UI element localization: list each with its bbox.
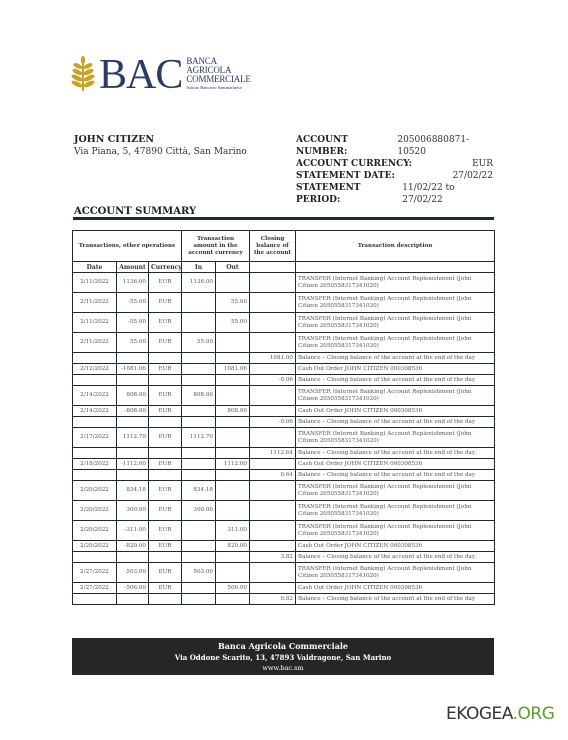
header-closing-balance: Closing balance of the account <box>250 231 296 262</box>
table-row: 2/20/2022300.00EUR300.00TRANSFER (Intern… <box>73 501 495 521</box>
cell-out: 820.00 <box>216 541 250 552</box>
cell-balance <box>250 333 296 353</box>
cell-out <box>216 448 250 459</box>
cell-date: 2/11/2022 <box>73 333 117 353</box>
cell-description: TRANSFER (Internet Banking) Account Repl… <box>296 386 495 406</box>
footer: Banca Agricola Commerciale Via Oddone Sc… <box>72 638 494 675</box>
cell-currency: EUR <box>149 459 182 470</box>
table-row: 2/18/2022-1112.00EUR1112.00Cash Out Orde… <box>73 459 495 470</box>
cell-balance: 0.64 <box>250 470 296 481</box>
cell-currency: EUR <box>149 273 182 293</box>
statement-date-row: STATEMENT DATE: 27/02/22 <box>296 170 493 182</box>
header-description: Transaction description <box>296 231 495 262</box>
cell-out <box>216 273 250 293</box>
cell-out <box>216 417 250 428</box>
cell-currency: EUR <box>149 293 182 313</box>
cell-balance: 1081.00 <box>250 353 296 364</box>
cell-in: 1136.00 <box>182 273 216 293</box>
cell-in: 55.00 <box>182 333 216 353</box>
cell-out <box>216 353 250 364</box>
cell-amount <box>117 448 149 459</box>
table-row: 2/14/2022808.00EUR808.00TRANSFER (Intern… <box>73 386 495 406</box>
cell-out: 1081.06 <box>216 364 250 375</box>
account-number-row: ACCOUNT NUMBER: 205006880871-10520 <box>296 134 493 158</box>
table-row: 2/17/20221112.70EUR1112.70TRANSFER (Inte… <box>73 428 495 448</box>
statement-period-label: STATEMENT PERIOD: <box>296 182 402 206</box>
cell-in <box>182 448 216 459</box>
table-row: 2/12/2022-1081.06EUR1081.06Cash Out Orde… <box>73 364 495 375</box>
statement-date-label: STATEMENT DATE: <box>296 170 395 182</box>
table-row: 2/20/2022-820.00EUR820.00Cash Out Order … <box>73 541 495 552</box>
cell-in: 808.00 <box>182 386 216 406</box>
section-divider <box>73 217 494 220</box>
cell-description: TRANSFER (Internet Banking) Account Repl… <box>296 273 495 293</box>
cell-description: TRANSFER (Internet Banking) Account Repl… <box>296 293 495 313</box>
cell-date: 2/11/2022 <box>73 273 117 293</box>
cell-description: TRANSFER (Internet Banking) Account Repl… <box>296 501 495 521</box>
cell-in: 834.18 <box>182 481 216 501</box>
col-in: In <box>182 262 216 273</box>
account-currency-value: EUR <box>472 158 493 170</box>
cell-in <box>182 470 216 481</box>
wheat-icon <box>70 56 96 92</box>
cell-currency: EUR <box>149 406 182 417</box>
footer-website: www.bac.sm <box>72 664 494 673</box>
table-row: 2/11/202255.00EUR55.00TRANSFER (Internet… <box>73 333 495 353</box>
cell-amount: -808.00 <box>117 406 149 417</box>
table-row: 2/20/2022834.18EUR834.18TRANSFER (Intern… <box>73 481 495 501</box>
cell-out: 55.00 <box>216 313 250 333</box>
cell-date: 2/20/2022 <box>73 481 117 501</box>
cell-date <box>73 552 117 563</box>
balance-row: 0.82Balance – Closing balance of the acc… <box>73 594 495 605</box>
cell-currency: EUR <box>149 583 182 594</box>
cell-currency: EUR <box>149 563 182 583</box>
cell-currency <box>149 470 182 481</box>
account-number-value: 205006880871-10520 <box>397 134 493 158</box>
cell-in: 503.00 <box>182 563 216 583</box>
cell-date: 2/18/2022 <box>73 459 117 470</box>
cell-balance <box>250 386 296 406</box>
cell-in <box>182 417 216 428</box>
watermark: EKOGEA.ORG <box>446 704 554 724</box>
balance-row: 0.64Balance – Closing balance of the acc… <box>73 470 495 481</box>
table-row: 2/11/20221136.00EUR1136.00TRANSFER (Inte… <box>73 273 495 293</box>
cell-balance: -0.06 <box>250 417 296 428</box>
client-info: JOHN CITIZEN Via Piana, 5, 47890 Città, … <box>74 133 247 159</box>
cell-amount: 834.18 <box>117 481 149 501</box>
header-amount-in-currency: Transaction amount in the account curren… <box>182 231 250 262</box>
cell-out <box>216 333 250 353</box>
cell-balance <box>250 273 296 293</box>
cell-currency: EUR <box>149 313 182 333</box>
cell-amount <box>117 470 149 481</box>
cell-out: 311.00 <box>216 521 250 541</box>
cell-balance <box>250 459 296 470</box>
cell-date: 2/20/2022 <box>73 541 117 552</box>
cell-amount <box>117 375 149 386</box>
cell-description: TRANSFER (Internet Banking) Account Repl… <box>296 521 495 541</box>
cell-amount <box>117 552 149 563</box>
cell-currency: EUR <box>149 541 182 552</box>
cell-out <box>216 375 250 386</box>
col-out: Out <box>216 262 250 273</box>
cell-description: Cash Out Order JOHN CITIZEN 000308536 <box>296 583 495 594</box>
cell-out <box>216 470 250 481</box>
balance-row: 1081.00Balance – Closing balance of the … <box>73 353 495 364</box>
cell-amount: 1136.00 <box>117 273 149 293</box>
cell-currency: EUR <box>149 364 182 375</box>
cell-date: 2/27/2022 <box>73 563 117 583</box>
cell-date <box>73 375 117 386</box>
cell-amount: -1081.06 <box>117 364 149 375</box>
cell-date <box>73 353 117 364</box>
cell-currency <box>149 353 182 364</box>
cell-balance <box>250 541 296 552</box>
cell-in <box>182 375 216 386</box>
cell-currency: EUR <box>149 521 182 541</box>
cell-amount: 503.00 <box>117 563 149 583</box>
cell-description: TRANSFER (Internet Banking) Account Repl… <box>296 563 495 583</box>
cell-in <box>182 353 216 364</box>
cell-out <box>216 552 250 563</box>
cell-date: 2/11/2022 <box>73 313 117 333</box>
col-description <box>296 262 495 273</box>
statement-date-value: 27/02/22 <box>453 170 493 182</box>
cell-in <box>182 364 216 375</box>
cell-description: Balance – Closing balance of the account… <box>296 594 495 605</box>
cell-out: 506.00 <box>216 583 250 594</box>
cell-amount <box>117 594 149 605</box>
cell-date: 2/14/2022 <box>73 386 117 406</box>
cell-date: 2/20/2022 <box>73 501 117 521</box>
account-currency-row: ACCOUNT CURRENCY: EUR <box>296 158 493 170</box>
cell-description: Balance – Closing balance of the account… <box>296 353 495 364</box>
cell-date <box>73 470 117 481</box>
balance-row: 3.82Balance – Closing balance of the acc… <box>73 552 495 563</box>
cell-amount: 55.00 <box>117 333 149 353</box>
cell-description: Balance – Closing balance of the account… <box>296 470 495 481</box>
balance-row: -0.06Balance – Closing balance of the ac… <box>73 375 495 386</box>
watermark-suffix: .ORG <box>513 704 555 724</box>
cell-currency <box>149 448 182 459</box>
cell-in <box>182 293 216 313</box>
cell-currency: EUR <box>149 428 182 448</box>
col-balance <box>250 262 296 273</box>
cell-currency <box>149 375 182 386</box>
cell-in <box>182 594 216 605</box>
statement-period-row: STATEMENT PERIOD: 11/02/22 to 27/02/22 <box>296 182 493 206</box>
table-row: 2/20/2022-311.00EUR311.00TRANSFER (Inter… <box>73 521 495 541</box>
cell-date: 2/11/2022 <box>73 293 117 313</box>
cell-amount: -506.00 <box>117 583 149 594</box>
cell-out: 55.00 <box>216 293 250 313</box>
cell-out: 1112.00 <box>216 459 250 470</box>
cell-currency: EUR <box>149 333 182 353</box>
account-summary-title: ACCOUNT SUMMARY <box>74 206 196 217</box>
cell-description: Cash Out Order JOHN CITIZEN 000308536 <box>296 459 495 470</box>
col-date: Date <box>73 262 117 273</box>
cell-amount: -55.00 <box>117 293 149 313</box>
cell-amount <box>117 417 149 428</box>
cell-date: 2/12/2022 <box>73 364 117 375</box>
transactions-table: Transactions, other operations Transacti… <box>72 230 495 605</box>
cell-description: Cash Out Order JOHN CITIZEN 000308536 <box>296 406 495 417</box>
cell-in <box>182 459 216 470</box>
balance-row: -0.06Balance – Closing balance of the ac… <box>73 417 495 428</box>
cell-out <box>216 501 250 521</box>
cell-in <box>182 406 216 417</box>
cell-in: 300.00 <box>182 501 216 521</box>
cell-in: 1112.70 <box>182 428 216 448</box>
cell-amount: -1112.00 <box>117 459 149 470</box>
table-row: 2/11/2022-55.00EUR55.00TRANSFER (Interne… <box>73 293 495 313</box>
table-row: 2/11/2022-55.00EUR55.00TRANSFER (Interne… <box>73 313 495 333</box>
cell-amount: 808.00 <box>117 386 149 406</box>
cell-balance: -0.06 <box>250 375 296 386</box>
logo-line-3: COMMERCIALE <box>186 75 250 84</box>
cell-currency <box>149 552 182 563</box>
cell-balance: 3.82 <box>250 552 296 563</box>
cell-balance <box>250 406 296 417</box>
account-number-label: ACCOUNT NUMBER: <box>296 134 397 158</box>
cell-out <box>216 428 250 448</box>
watermark-main: EKOGEA <box>446 704 513 724</box>
cell-date <box>73 594 117 605</box>
balance-row: 1112.64Balance – Closing balance of the … <box>73 448 495 459</box>
footer-address: Via Oddone Scarito, 13, 47893 Valdragone… <box>72 652 494 664</box>
cell-description: TRANSFER (Internet Banking) Account Repl… <box>296 313 495 333</box>
col-currency: Currency <box>149 262 182 273</box>
statement-period-value: 11/02/22 to 27/02/22 <box>402 182 493 206</box>
cell-date <box>73 448 117 459</box>
cell-out <box>216 563 250 583</box>
table-row: 2/27/2022503.00EUR503.00TRANSFER (Intern… <box>73 563 495 583</box>
cell-balance <box>250 313 296 333</box>
account-details: ACCOUNT NUMBER: 205006880871-10520 ACCOU… <box>296 134 493 206</box>
cell-amount: 1112.70 <box>117 428 149 448</box>
logo-tagline: Istituto Bancario Sammarinese <box>186 84 250 91</box>
cell-description: Cash Out Order JOHN CITIZEN 000308536 <box>296 364 495 375</box>
cell-description: TRANSFER (Internet Banking) Account Repl… <box>296 428 495 448</box>
cell-balance <box>250 481 296 501</box>
cell-date: 2/14/2022 <box>73 406 117 417</box>
cell-description: Balance – Closing balance of the account… <box>296 417 495 428</box>
transactions-body: 2/11/20221136.00EUR1136.00TRANSFER (Inte… <box>73 273 495 605</box>
cell-amount <box>117 353 149 364</box>
header-operations: Transactions, other operations <box>73 231 182 262</box>
footer-bank-name: Banca Agricola Commerciale <box>72 640 494 652</box>
cell-balance: 1112.64 <box>250 448 296 459</box>
cell-out <box>216 594 250 605</box>
account-currency-label: ACCOUNT CURRENCY: <box>296 158 412 170</box>
cell-amount: -311.00 <box>117 521 149 541</box>
cell-date: 2/27/2022 <box>73 583 117 594</box>
logo-letters: BAC <box>99 57 182 93</box>
cell-currency <box>149 594 182 605</box>
cell-currency <box>149 417 182 428</box>
cell-date: 2/17/2022 <box>73 428 117 448</box>
cell-balance <box>250 364 296 375</box>
table-row: 2/14/2022-808.00EUR808.00Cash Out Order … <box>73 406 495 417</box>
cell-amount: -820.00 <box>117 541 149 552</box>
cell-balance <box>250 563 296 583</box>
cell-in <box>182 541 216 552</box>
cell-balance <box>250 583 296 594</box>
cell-description: TRANSFER (Internet Banking) Account Repl… <box>296 333 495 353</box>
cell-in <box>182 521 216 541</box>
cell-currency: EUR <box>149 386 182 406</box>
cell-amount: -55.00 <box>117 313 149 333</box>
cell-in <box>182 313 216 333</box>
cell-description: Cash Out Order JOHN CITIZEN 000308536 <box>296 541 495 552</box>
cell-description: Balance – Closing balance of the account… <box>296 375 495 386</box>
cell-balance: 0.82 <box>250 594 296 605</box>
cell-balance <box>250 428 296 448</box>
cell-currency: EUR <box>149 481 182 501</box>
cell-balance <box>250 293 296 313</box>
cell-out <box>216 386 250 406</box>
cell-description: TRANSFER (Internet Banking) Account Repl… <box>296 481 495 501</box>
cell-currency: EUR <box>149 501 182 521</box>
cell-balance <box>250 521 296 541</box>
cell-description: Balance – Closing balance of the account… <box>296 448 495 459</box>
cell-out: 808.00 <box>216 406 250 417</box>
cell-date: 2/20/2022 <box>73 521 117 541</box>
cell-description: Balance – Closing balance of the account… <box>296 552 495 563</box>
logo-bank-name: BANCA AGRICOLA COMMERCIALE Istituto Banc… <box>186 57 250 91</box>
client-address: Via Piana, 5, 47890 Città, San Marino <box>74 146 247 159</box>
client-name: JOHN CITIZEN <box>74 133 247 146</box>
cell-balance <box>250 501 296 521</box>
cell-amount: 300.00 <box>117 501 149 521</box>
cell-in <box>182 552 216 563</box>
cell-out <box>216 481 250 501</box>
cell-date <box>73 417 117 428</box>
table-row: 2/27/2022-506.00EUR506.00Cash Out Order … <box>73 583 495 594</box>
col-amount: Amount <box>117 262 149 273</box>
cell-in <box>182 583 216 594</box>
bank-logo: BAC BANCA AGRICOLA COMMERCIALE Istituto … <box>70 54 251 94</box>
